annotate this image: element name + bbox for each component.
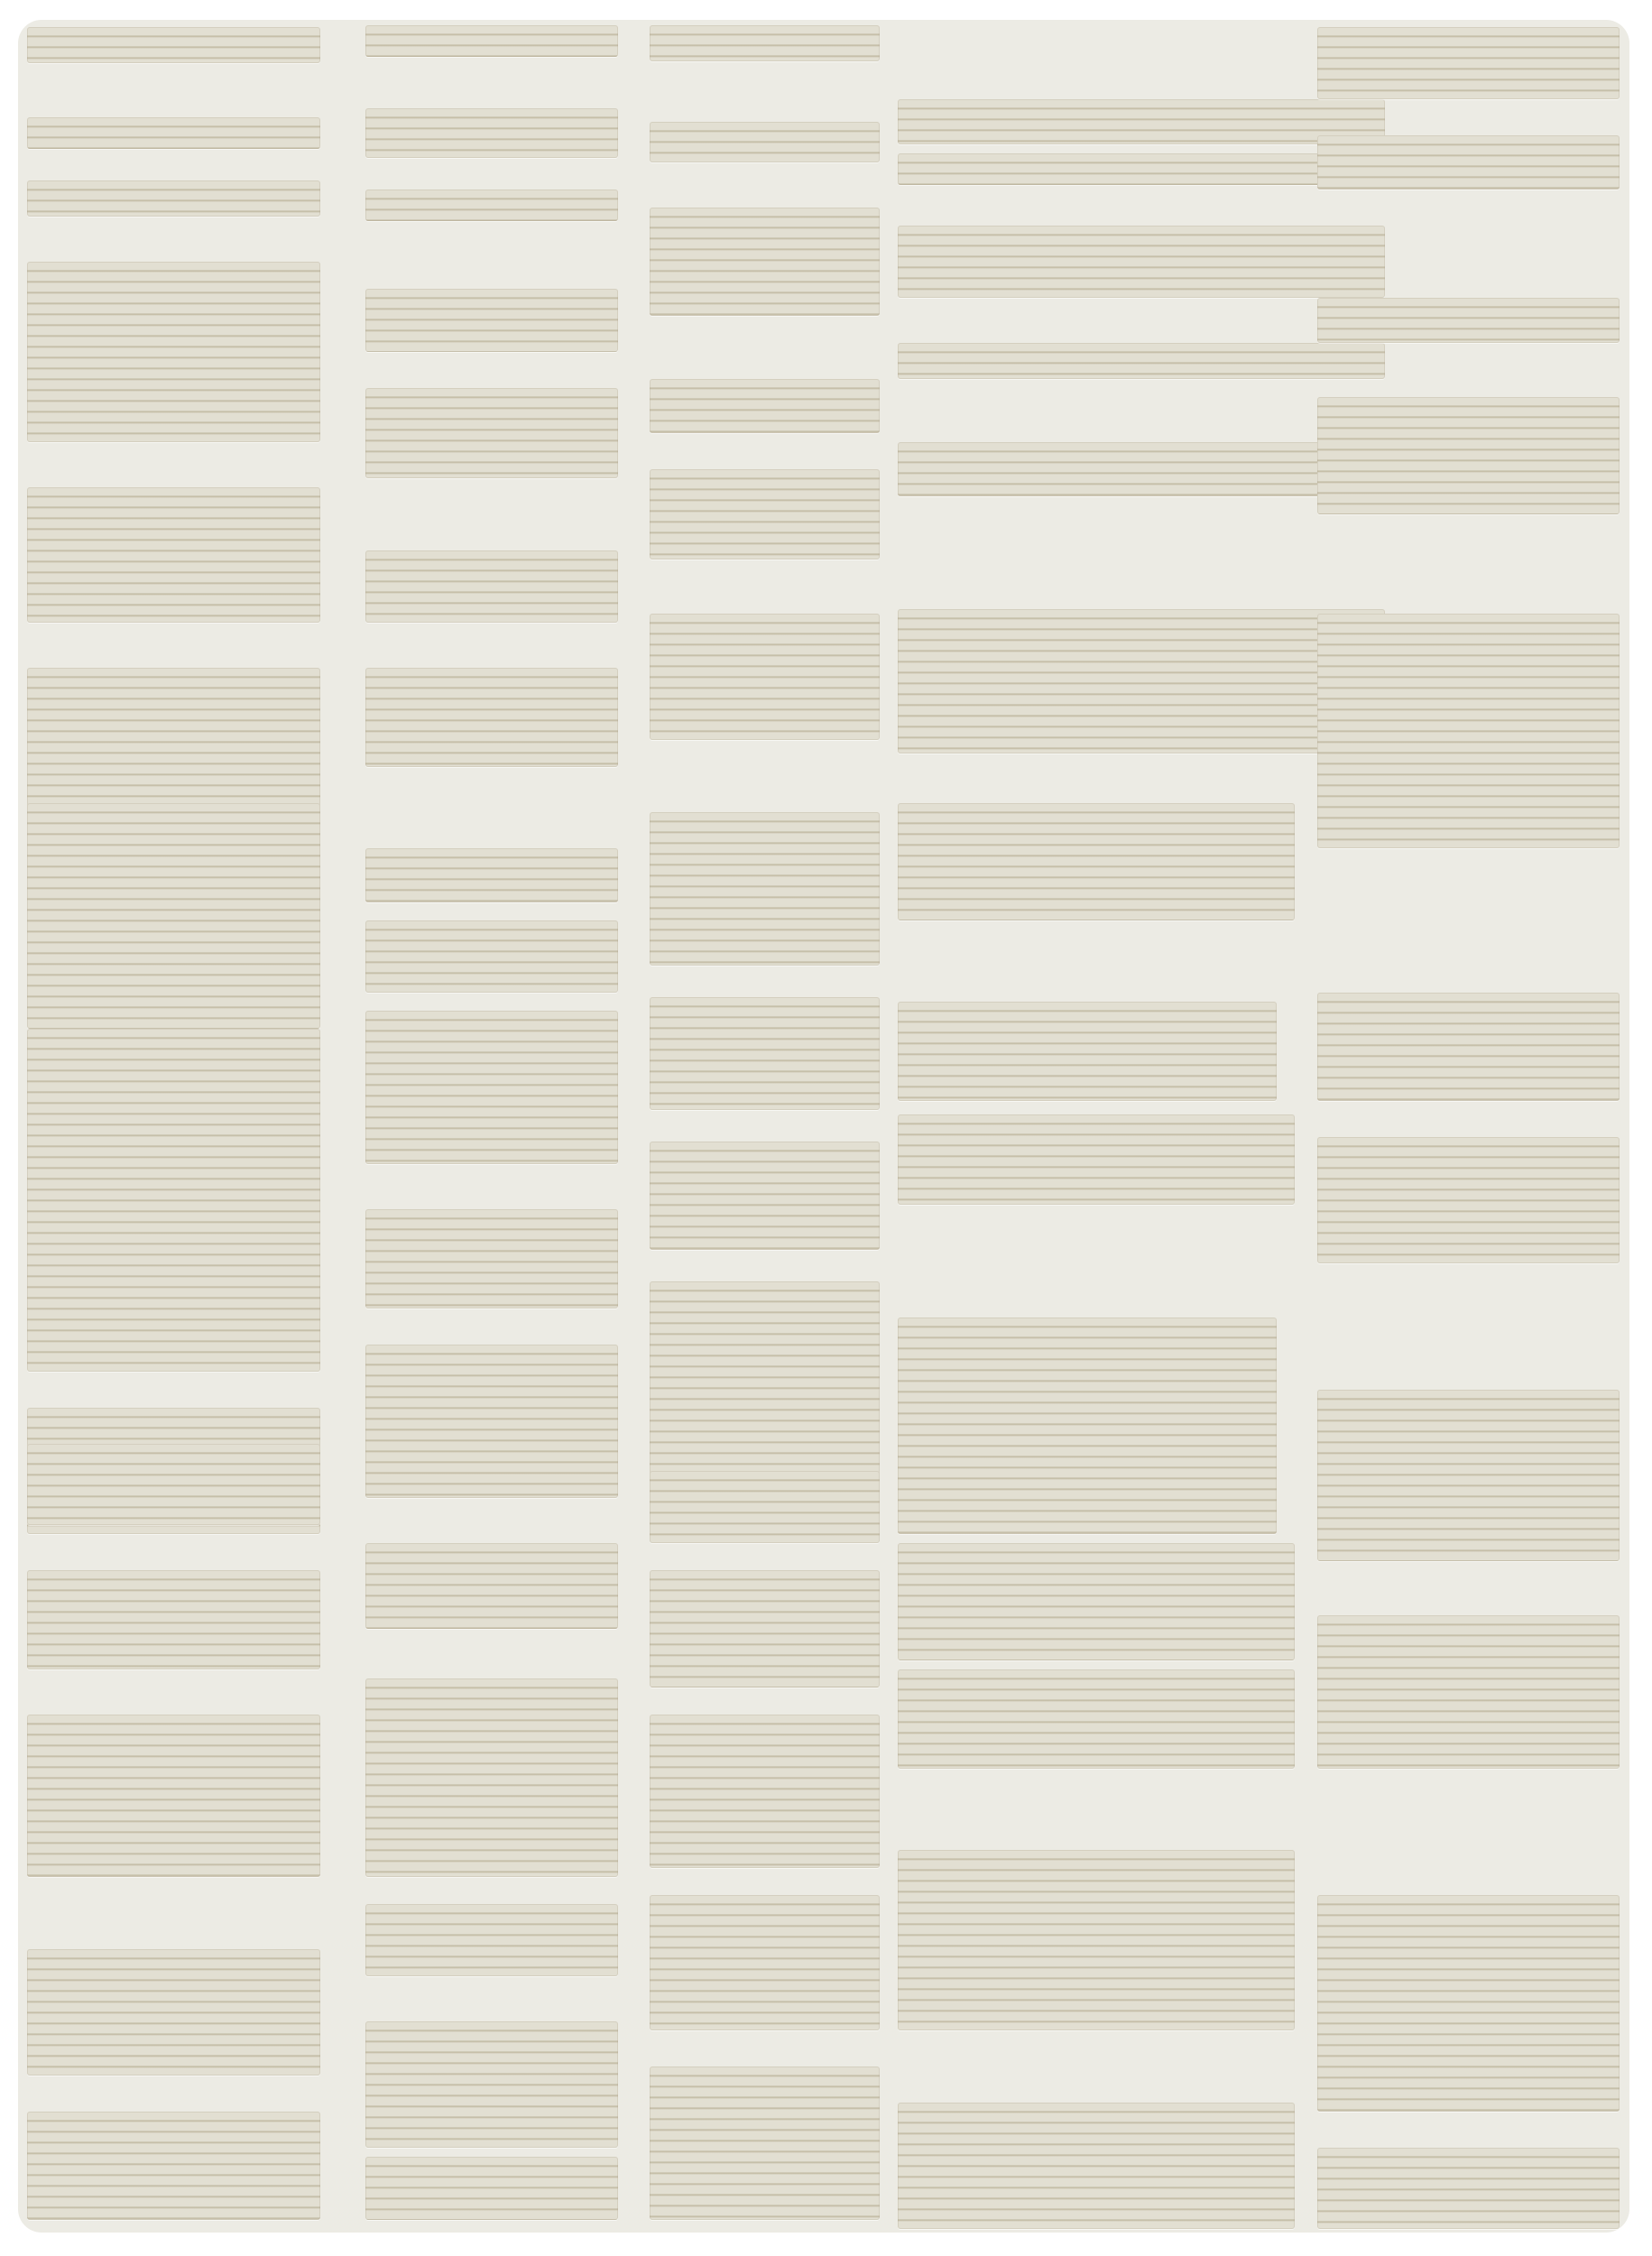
rug-pattern-block bbox=[650, 1281, 880, 1480]
rug-pattern-block bbox=[898, 343, 1385, 379]
rug-pattern-block bbox=[365, 25, 618, 57]
rug-pattern-block bbox=[650, 379, 880, 433]
rug-pattern-block bbox=[365, 1904, 618, 1976]
rug-pattern-block bbox=[365, 1345, 618, 1498]
rug-pattern-block bbox=[27, 27, 320, 63]
rug-pattern-block bbox=[650, 25, 880, 61]
rug-pattern-block bbox=[898, 803, 1295, 920]
rug-pattern-block bbox=[650, 1570, 880, 1687]
rug-pattern-block bbox=[365, 920, 618, 993]
rug-pattern-block bbox=[898, 1002, 1277, 1101]
rug-pattern-block bbox=[27, 803, 320, 1029]
rug-pattern-block bbox=[1317, 298, 1620, 343]
rug-pattern-block bbox=[27, 1444, 320, 1525]
rug-pattern-block bbox=[365, 2157, 618, 2220]
rug-pattern-block bbox=[898, 442, 1385, 496]
rug-pattern-block bbox=[27, 487, 320, 623]
rug-pattern-block bbox=[27, 1570, 320, 1669]
rug-pattern-block bbox=[1317, 1895, 1620, 2112]
rug-pattern-block bbox=[650, 469, 880, 559]
rug-pattern-block bbox=[1317, 614, 1620, 848]
rug-pattern-block bbox=[27, 180, 320, 217]
rug-pattern-block bbox=[650, 2066, 880, 2220]
rug-pattern-block bbox=[650, 208, 880, 316]
rug-pattern-block bbox=[27, 1715, 320, 1877]
rug-pattern-block bbox=[898, 226, 1385, 298]
rug-pattern-block bbox=[365, 848, 618, 902]
rug-pattern-block bbox=[1317, 397, 1620, 514]
rug-pattern-block bbox=[27, 1949, 320, 2076]
rug-pattern-block bbox=[650, 1471, 880, 1543]
rug-pattern-block bbox=[650, 1895, 880, 2030]
rug-pattern-block bbox=[1317, 135, 1620, 190]
rug-pattern-block bbox=[650, 614, 880, 740]
rug-pattern-block bbox=[27, 262, 320, 442]
rug-pattern-block bbox=[365, 1678, 618, 1877]
rug-pattern-block bbox=[27, 1029, 320, 1372]
rug-pattern-block bbox=[898, 1114, 1295, 1205]
rug-pattern-block bbox=[365, 1543, 618, 1629]
rug-pattern-block bbox=[365, 2021, 618, 2148]
rug-pattern-block bbox=[1317, 1615, 1620, 1769]
rug-pattern-block bbox=[1317, 993, 1620, 1101]
rug-pattern-block bbox=[650, 997, 880, 1110]
rug-pattern-block bbox=[898, 2103, 1295, 2229]
rug bbox=[18, 20, 1629, 2233]
rug-pattern-block bbox=[650, 122, 880, 162]
rug-pattern-block bbox=[365, 388, 618, 478]
rug-pattern-block bbox=[898, 1850, 1295, 2030]
rug-pattern-block bbox=[365, 190, 618, 221]
rug-pattern-block bbox=[365, 668, 618, 767]
rug-pattern-block bbox=[650, 1142, 880, 1250]
rug-pattern-block bbox=[1317, 1390, 1620, 1561]
rug-pattern-block bbox=[650, 1715, 880, 1868]
rug-pattern-block bbox=[898, 1543, 1295, 1660]
rug-pattern-block bbox=[27, 2112, 320, 2220]
rug-pattern-block bbox=[1317, 1137, 1620, 1263]
rug-pattern-block bbox=[365, 289, 618, 352]
rug-pattern-block bbox=[365, 550, 618, 623]
rug-pattern-block bbox=[365, 108, 618, 158]
rug-pattern-block bbox=[27, 117, 320, 149]
rug-pattern-block bbox=[1317, 2148, 1620, 2229]
rug-pattern-block bbox=[365, 1011, 618, 1164]
rug-pattern-block bbox=[365, 1209, 618, 1308]
rug-pattern-block bbox=[898, 1669, 1295, 1769]
rug-pattern-block bbox=[898, 99, 1385, 144]
rug-pattern-block bbox=[898, 609, 1385, 754]
rug-pattern-block bbox=[898, 153, 1385, 185]
rug-pattern-block bbox=[1317, 27, 1620, 99]
rug-pattern-block bbox=[898, 1318, 1277, 1534]
rug-pattern-block bbox=[650, 812, 880, 966]
